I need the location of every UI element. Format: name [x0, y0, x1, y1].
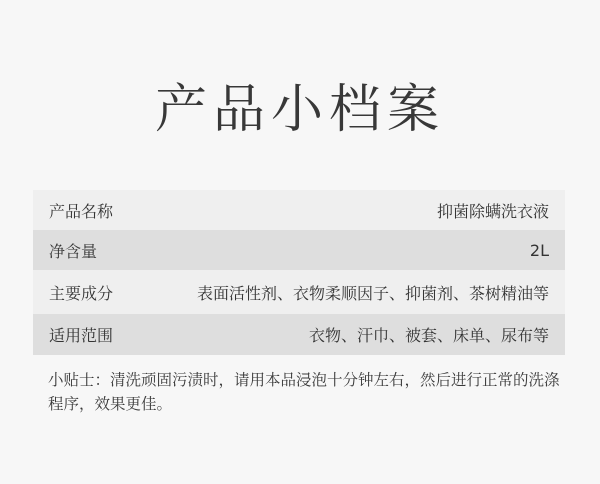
spec-value: 表面活性剂、衣物柔顺因子、抑菌剂、茶树精油等: [197, 281, 549, 304]
spec-value: 抑菌除螨洗衣液: [437, 199, 549, 222]
spec-value: 衣物、汗巾、被套、床单、尿布等: [309, 323, 549, 346]
spec-row-net-content: 净含量 2L: [33, 230, 565, 270]
spec-row-product-name: 产品名称 抑菌除螨洗衣液: [33, 190, 565, 230]
product-spec-table: 产品名称 抑菌除螨洗衣液 净含量 2L 主要成分 表面活性剂、衣物柔顺因子、抑菌…: [33, 190, 565, 355]
spec-value: 2L: [530, 241, 549, 260]
spec-row-ingredients: 主要成分 表面活性剂、衣物柔顺因子、抑菌剂、茶树精油等: [33, 270, 565, 314]
page-title: 产品小档案: [0, 78, 600, 142]
spec-label: 净含量: [49, 239, 97, 262]
spec-row-usage-scope: 适用范围 衣物、汗巾、被套、床单、尿布等: [33, 314, 565, 355]
spec-label: 产品名称: [49, 199, 113, 222]
spec-label: 适用范围: [49, 323, 113, 346]
usage-tip: 小贴士：清洗顽固污渍时，请用本品浸泡十分钟左右，然后进行正常的洗涤程序，效果更佳…: [48, 368, 560, 416]
spec-label: 主要成分: [49, 281, 113, 304]
